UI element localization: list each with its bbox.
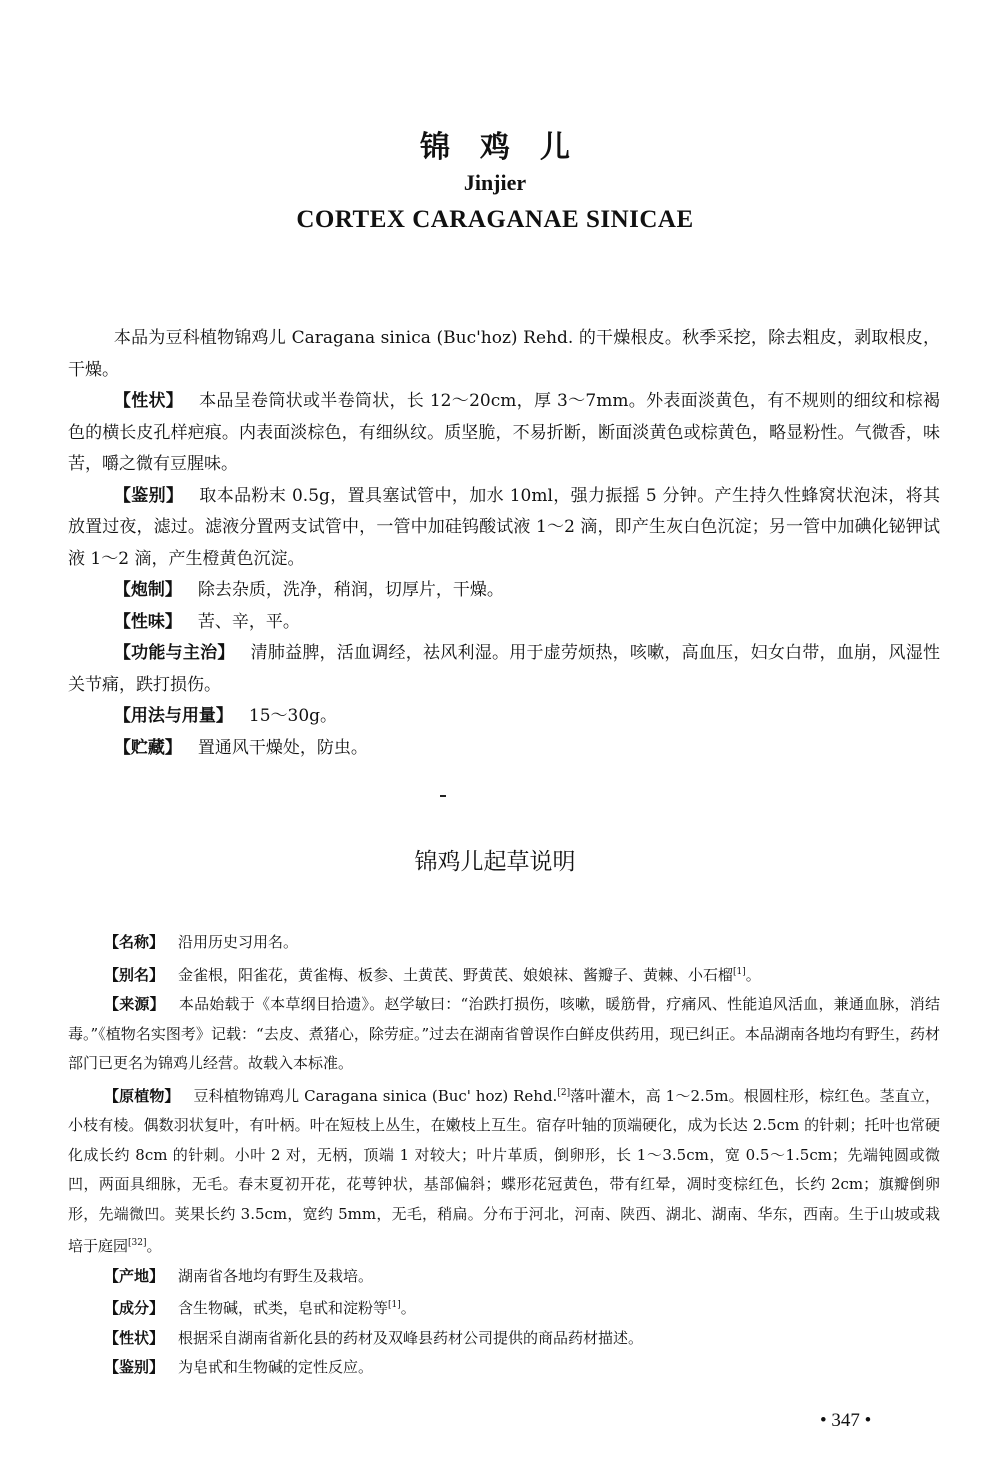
note-text: 为皂甙和生物碱的定性反应。 bbox=[178, 1358, 373, 1376]
entry-storage: 【贮藏】置通风干燥处，防虫。 bbox=[68, 733, 940, 765]
monograph-body: 本品为豆科植物锦鸡儿 Caragana sinica (Buc'hoz) Reh… bbox=[68, 323, 940, 764]
entry-text: 本品呈卷筒状或半卷筒状，长 12～20cm，厚 3～7mm。外表面淡黄色，有不规… bbox=[68, 391, 940, 474]
note-tail: 。 bbox=[147, 1237, 162, 1255]
entry-label: 【鉴别】 bbox=[114, 486, 183, 506]
note-label: 【别名】 bbox=[104, 966, 164, 984]
note-label: 【原植物】 bbox=[104, 1087, 180, 1105]
entry-dosage: 【用法与用量】15～30g。 bbox=[68, 701, 940, 733]
entry-text: 取本品粉末 0.5g，置具塞试管中，加水 10ml，强力振摇 5 分钟。产生持久… bbox=[68, 486, 940, 569]
entry-label: 【贮藏】 bbox=[114, 738, 182, 758]
entry-property-flavor: 【性味】苦、辛，平。 bbox=[68, 607, 940, 639]
note-text: 豆科植物锦鸡儿 Caragana sinica (Buc' hoz) Rehd. bbox=[194, 1087, 558, 1105]
page-number: • 347 • bbox=[820, 1410, 871, 1432]
reference-mark: [1] bbox=[733, 967, 746, 977]
entry-text: 苦、辛，平。 bbox=[198, 612, 300, 632]
entry-text: 15～30g。 bbox=[249, 706, 337, 726]
note-label: 【产地】 bbox=[104, 1267, 164, 1285]
note-text: 金雀根，阳雀花，黄雀梅、板参、土黄芪、野黄芪、娘娘袜、酱瓣子、黄棘、小石榴 bbox=[178, 966, 733, 984]
monograph-title-pinyin: Jinjier bbox=[0, 170, 990, 196]
monograph-title-chinese: 锦鸡儿 bbox=[0, 122, 990, 166]
note-text: 根据采自湖南省新化县的药材及双峰县药材公司提供的商品药材描述。 bbox=[178, 1329, 643, 1347]
entry-identification: 【鉴别】取本品粉末 0.5g，置具塞试管中，加水 10ml，强力振摇 5 分钟。… bbox=[68, 481, 940, 576]
note-tail: 。 bbox=[401, 1299, 416, 1317]
note-label: 【名称】 bbox=[104, 933, 164, 951]
reference-mark: [2] bbox=[557, 1088, 570, 1098]
note-tail: 。 bbox=[746, 966, 761, 984]
entry-label: 【功能与主治】 bbox=[114, 643, 235, 663]
drafting-notes-body: 【名称】沿用历史习用名。 【别名】金雀根，阳雀花，黄雀梅、板参、土黄芪、野黄芪、… bbox=[68, 928, 940, 1383]
note-aliases: 【别名】金雀根，阳雀花，黄雀梅、板参、土黄芪、野黄芪、娘娘袜、酱瓣子、黄棘、小石… bbox=[68, 958, 940, 991]
note-text-continued: 落叶灌木，高 1～2.5m。根圆柱形，棕红色。茎直立，小枝有棱。偶数羽状复叶，有… bbox=[68, 1087, 940, 1256]
entry-description: 【性状】本品呈卷筒状或半卷筒状，长 12～20cm，厚 3～7mm。外表面淡黄色… bbox=[68, 386, 940, 481]
note-origin: 【产地】湖南省各地均有野生及栽培。 bbox=[68, 1262, 940, 1292]
entry-label: 【炮制】 bbox=[114, 580, 182, 600]
note-text: 湖南省各地均有野生及栽培。 bbox=[178, 1267, 373, 1285]
entry-label: 【性状】 bbox=[114, 391, 183, 411]
entry-label: 【性味】 bbox=[114, 612, 182, 632]
entry-actions-indications: 【功能与主治】清肺益脾，活血调经，祛风利湿。用于虚劳烦热，咳嗽，高血压，妇女白带… bbox=[68, 638, 940, 701]
note-text: 含生物碱，甙类，皂甙和淀粉等 bbox=[178, 1299, 388, 1317]
monograph-title-latin: CORTEX CARAGANAE SINICAE bbox=[0, 206, 990, 234]
entry-text: 除去杂质，洗净，稍润，切厚片，干燥。 bbox=[198, 580, 504, 600]
note-label: 【来源】 bbox=[104, 995, 165, 1013]
note-source: 【来源】本品始载于《本草纲目拾遗》。赵学敏曰：“治跌打损伤，咳嗽，暖筋骨，疗痛风… bbox=[68, 990, 940, 1079]
note-identification: 【鉴别】为皂甙和生物碱的定性反应。 bbox=[68, 1353, 940, 1383]
note-constituents: 【成分】含生物碱，甙类，皂甙和淀粉等[1]。 bbox=[68, 1291, 940, 1324]
reference-mark: [1] bbox=[388, 1300, 401, 1310]
entry-label: 【用法与用量】 bbox=[114, 706, 233, 726]
drafting-notes-title: 锦鸡儿起草说明 bbox=[0, 843, 990, 876]
intro-paragraph: 本品为豆科植物锦鸡儿 Caragana sinica (Buc'hoz) Reh… bbox=[68, 323, 940, 386]
note-label: 【成分】 bbox=[104, 1299, 164, 1317]
reference-mark: [32] bbox=[128, 1238, 146, 1248]
note-text: 本品始载于《本草纲目拾遗》。赵学敏曰：“治跌打损伤，咳嗽，暖筋骨，疗痛风、性能追… bbox=[68, 995, 940, 1072]
note-description: 【性状】根据采自湖南省新化县的药材及双峰县药材公司提供的商品药材描述。 bbox=[68, 1324, 940, 1354]
entry-text: 置通风干燥处，防虫。 bbox=[198, 738, 368, 758]
note-original-plant: 【原植物】豆科植物锦鸡儿 Caragana sinica (Buc' hoz) … bbox=[68, 1079, 940, 1262]
note-label: 【性状】 bbox=[104, 1329, 164, 1347]
note-text: 沿用历史习用名。 bbox=[178, 933, 298, 951]
note-label: 【鉴别】 bbox=[104, 1358, 164, 1376]
note-name: 【名称】沿用历史习用名。 bbox=[68, 928, 940, 958]
divider-mark bbox=[440, 795, 446, 797]
entry-processing: 【炮制】除去杂质，洗净，稍润，切厚片，干燥。 bbox=[68, 575, 940, 607]
